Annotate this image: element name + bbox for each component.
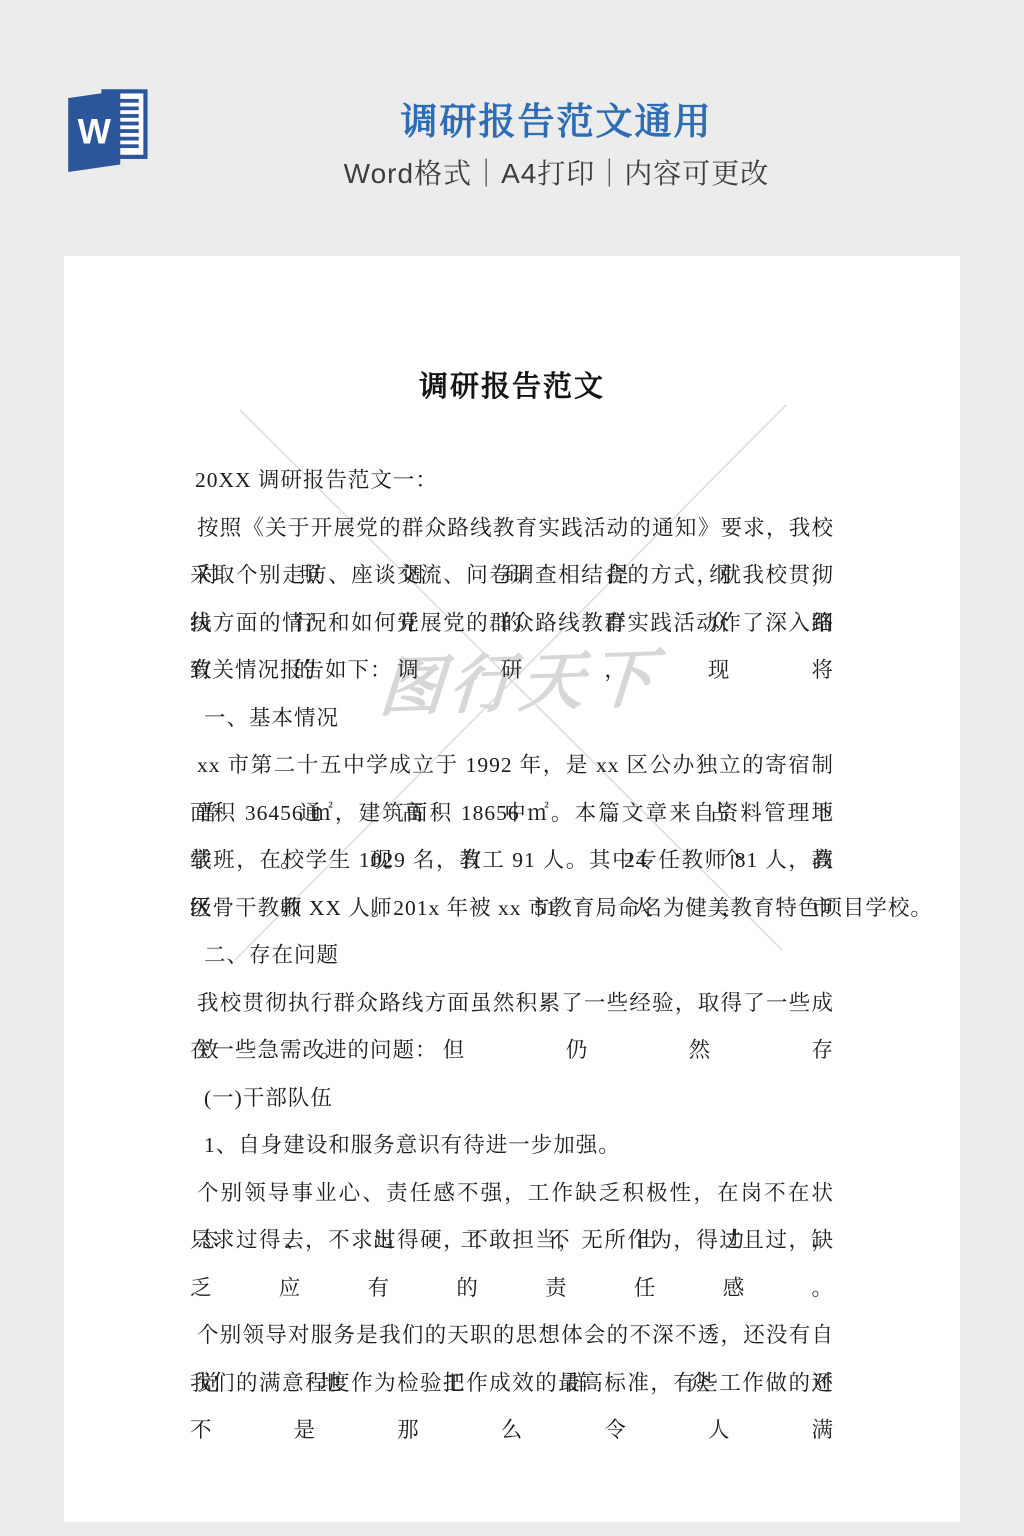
document-title: 调研报告范文 — [64, 364, 960, 411]
document-line: 个别领导事业心、责任感不强，工作缺乏积极性，在岗不在状态、出工不出力， — [190, 1170, 834, 1218]
document-line: 学班，在校学生 1029 名，教工 91 人。其中专任教师 81 人，高级教师 … — [190, 837, 834, 885]
word-icon: W — [64, 88, 153, 172]
document-line: 20XX 调研报告范文一： — [190, 457, 834, 505]
document-line: 1、自身建设和服务意识有待进一步加强。 — [190, 1122, 834, 1170]
document-line: (一)干部队伍 — [190, 1075, 834, 1123]
document-line: 我们的满意程度作为检验工作成效的最高标准，有些工作做的还不是那么令人满 — [190, 1360, 834, 1408]
word-letter: W — [78, 112, 112, 151]
document-line: 只求过得去，不求过得硬，不敢担当，无所作为，得过且过，缺乏应有的责任感。 — [190, 1217, 834, 1265]
document-line: 区骨干教师 XX 人。201x 年被 xx 市教育局命名为健美教育特色项目学校。 — [190, 885, 834, 933]
document-line: 一、基本情况 — [190, 695, 834, 743]
document-line: 线方面的情况和如何开展党的群众路线教育实践活动作了深入细致的调研，现将 — [190, 600, 834, 648]
document-line: 按照《关于开展党的群众路线教育实践活动的通知》要求，我校对照调研提纲， — [190, 505, 834, 553]
document-line: 个别领导对服务是我们的天职的思想体会的不深不透，还没有自觉地把群众对 — [190, 1312, 834, 1360]
document-line: 采取个别走访、座谈交流、问卷调查相结合的方式，就我校贯彻执行党的群众路 — [190, 552, 834, 600]
header-title: 调研报告范文通用 — [153, 100, 960, 144]
document-line: 二、存在问题 — [190, 932, 834, 980]
document-page: 图行天下 调研报告范文 20XX 调研报告范文一：按照《关于开展党的群众路线教育… — [64, 256, 960, 1522]
header-text-block: 调研报告范文通用 Word格式｜A4打印｜内容可更改 — [153, 88, 960, 192]
header-subtitle: Word格式｜A4打印｜内容可更改 — [153, 152, 960, 192]
document-body: 20XX 调研报告范文一：按照《关于开展党的群众路线教育实践活动的通知》要求，我… — [190, 457, 834, 1407]
header: W 调研报告范文通用 Word格式｜A4打印｜内容可更改 — [64, 88, 960, 208]
document-line: 我校贯彻执行群众路线方面虽然积累了一些经验，取得了一些成效。但仍然存 — [190, 980, 834, 1028]
document-line: 面积 36456 ㎡，建筑面积 18656 ㎡。本篇文章来自资料管理下载。现有 … — [190, 790, 834, 838]
document-line: xx 市第二十五中学成立于 1992 年，是 xx 区公办独立的寄宿制普通高中。… — [190, 742, 834, 790]
canvas-background: W 调研报告范文通用 Word格式｜A4打印｜内容可更改 图行天下 调研报告范文… — [0, 0, 1024, 1536]
